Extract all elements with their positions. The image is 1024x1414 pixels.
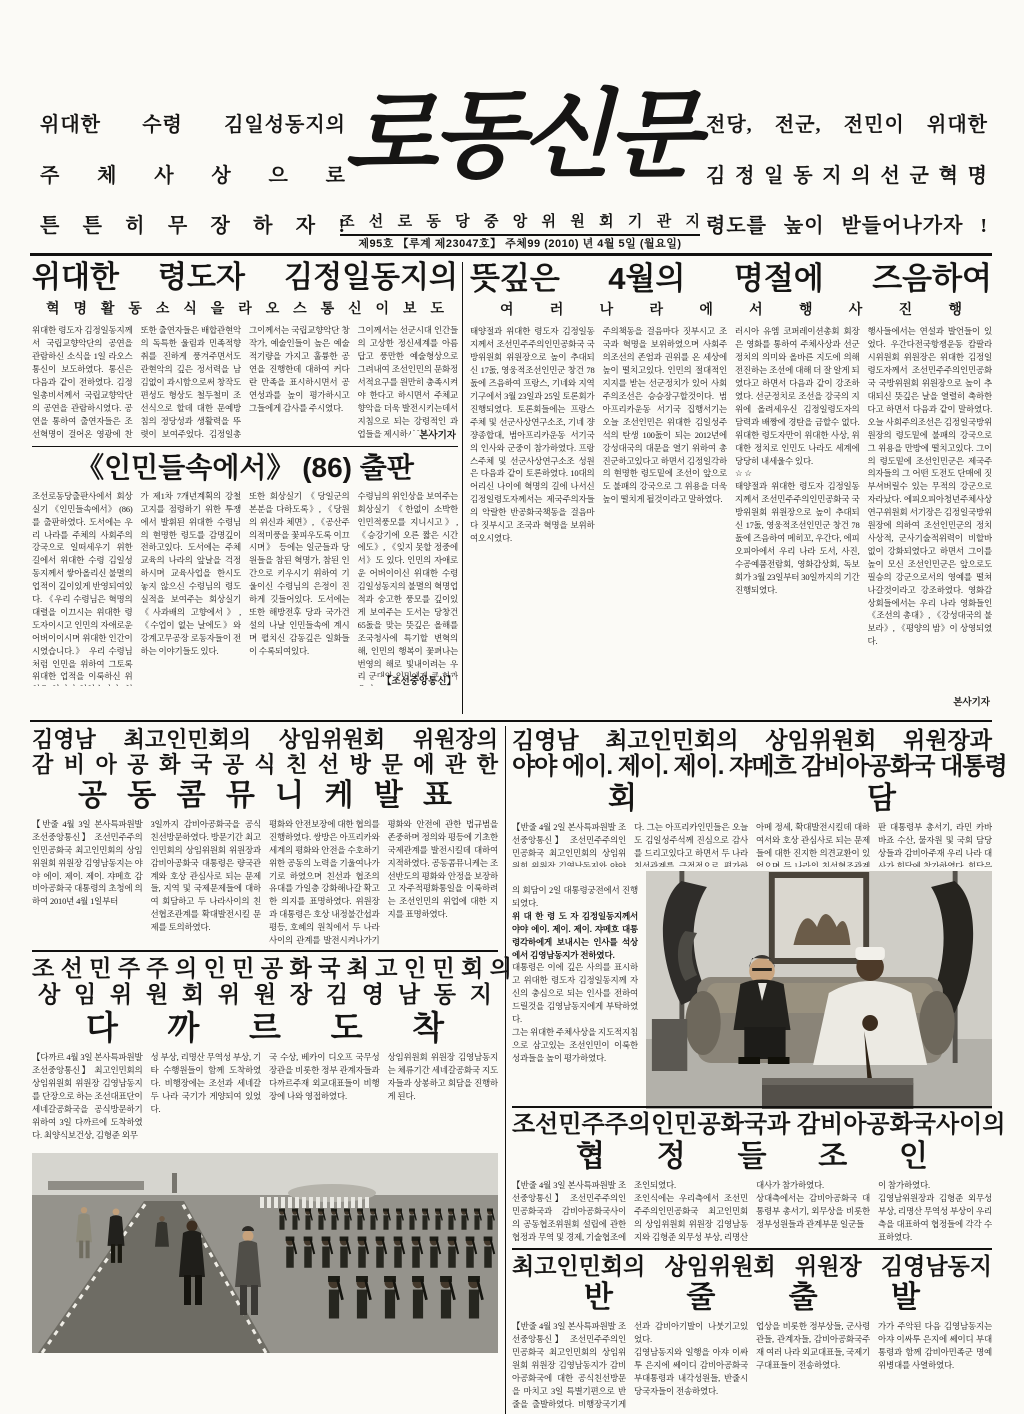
body-column: 【반줄 4월 2일 본사특파원발 조선중앙통신】 조선민주주의인민공화국 최고인…	[512, 821, 626, 867]
article-headline: 조 선 민 주 주 의 인 민 공 화 국 최 고 인 민 회 의	[32, 956, 498, 981]
body-column: 조선로동당출판사에서 회상실기 《인민들속에서》 (86) 를 출판하였다. 도…	[32, 490, 133, 686]
article-headline: 《인민들속에서》 (86) 출판	[32, 453, 458, 484]
article-headline: 김영남 최고인민회의 상임위원회 위원장의	[32, 728, 498, 752]
body-column: 그이께서는 국립교향악단 창작가, 예술인들이 높은 예술적기량을 가지고 훌륭…	[249, 324, 350, 440]
article-headline: 위대한 령도자 김정일동지의	[32, 262, 458, 294]
article-headline: 야야 에이. 제이. 제이. 쟈메흐 감비아공화국 대통령	[512, 754, 992, 780]
body-column: 또한 회상실기 《당일군의 본분을 다하도록》, 《당원의 위신과 체면》, 《…	[249, 490, 350, 686]
body-column: 이 참가하였다. 김영남위원장과 김형준 외무성 부상, 리명산 무역성 부상이…	[878, 1179, 992, 1241]
article-headline: 상 임 위 원 회 위 원 장 김 영 남 동 지	[32, 982, 498, 1007]
section-rule	[512, 1106, 992, 1108]
masthead-rule	[30, 253, 992, 256]
article-body: 태양절과 위대한 령도자 김정일동지께서 조선민주주의인민공화국 국방위원회 위…	[470, 325, 992, 707]
section-rule	[30, 720, 992, 722]
body-column: 3일까지 감비아공화국을 공식친선방문하였다. 방문기간 최고인민회의 상임위원…	[151, 818, 262, 948]
section-rule	[32, 950, 498, 952]
article-headline: 감 비 아 공 화 국 공 식 친 선 방 문 에 관 한	[32, 753, 498, 777]
body-column: 【반줄 4월 3일 본사특파원발 조선중앙통신】 조선민주주의인민공화국 최고인…	[32, 818, 143, 948]
article-headline: 공 동 콤 뮤 니 케 발 표	[32, 780, 498, 812]
body-column: 그이께서는 선군시대 인간들의 고상한 정신세계를 아름답고 풍만한 예술형상으…	[358, 324, 459, 440]
column-divider	[505, 726, 506, 1414]
article-inmin: 《인민들속에서》 (86) 출판 조선로동당출판사에서 회상실기 《인민들속에서…	[32, 446, 458, 687]
body-column: 러시아 유엠 코퍼레이션총회 회장은 영화를 통하여 주체사상과 선군정치의 의…	[735, 325, 860, 707]
article-body: 【반줄 4월 3일 본사특파원발 조선중앙통신】 조선민주주의인민공화국 최고인…	[32, 818, 498, 948]
article-body: 위대한 령도자 김정일동지께서 국립교향악단의 공연을 관람하신 소식을 1일 …	[32, 324, 458, 440]
body-column: 【반줄 4월 3일 본사특파원발 조선중앙통신】 조선민주주의인민공화국 최고인…	[512, 1320, 626, 1410]
body-column: 또한 출연자들은 배합관현악의 독특한 울림과 민족적향취를 진하게 풍겨주면서…	[141, 324, 242, 440]
article-body: 【반줄 4월 3일 본사특파원발 조선중앙통신】 조선민주주의인민공화국과 감비…	[512, 1179, 992, 1241]
byline: 본사기자	[32, 427, 458, 441]
slogan-line: 령도를 높이 받들어나가자 !	[706, 209, 988, 238]
newspaper-title: 로동신문	[336, 86, 704, 184]
body-column: 의 회담이 2일 대통령궁전에서 진행되였다. 위 대 한 령 도 자 김정일동…	[512, 871, 638, 1107]
body-column: 태양절과 위대한 령도자 김정일동지께서 조선민주주의인민공화국 국방위원회 위…	[470, 325, 595, 707]
body-column: 주의책동을 걸음마다 짓부시고 조국과 혁명을 보위하였으며 사회주의조선의 존…	[603, 325, 728, 707]
body-column: 선과 감비아기발이 나붓기고있었다. 김영남동지와 일행을 아쟈 이싸투 은지에…	[634, 1320, 748, 1410]
article-banjul: 최고인민회의 상임위원회 위원장 김영남동지 반 줄 출 발 【반줄 4월 3일…	[512, 1254, 992, 1410]
body-column: 평화와 안전보장에 대한 협의를 진행하였다. 쌍방은 아프리카와 세계의 평화…	[269, 818, 380, 948]
body-column: 아메 정세, 확대발전시킬데 대하여서와 호상 관심사로 되는 문제들에 대한 …	[756, 821, 870, 867]
body-column: 평화와 안전에 관한 법규범을 존중하며 정의와 평등에 기초한 국제관계를 발…	[388, 818, 499, 948]
body-column: 【다까르 4월 3일 본사특파원발 조선중앙통신】 최고인민회의 상임위원회 위…	[32, 1051, 143, 1145]
slogan-line: 위대한 수령 김일성동지의	[40, 108, 346, 137]
masthead-right-slogan: 전당, 전군, 전민이 위대한 김 정 일 동 지 의 선 군 혁 명 령도를 …	[706, 108, 988, 238]
talks-side-column: 의 회담이 2일 대통령궁전에서 진행되였다. 위 대 한 령 도 자 김정일동…	[512, 871, 638, 1109]
article-body: 【다까르 4월 3일 본사특파원발 조선중앙통신】 최고인민회의 상임위원회 위…	[32, 1051, 498, 1145]
article-subhead: 혁 명 활 동 소 식 을 라 오 스 통 신 이 보 도	[32, 298, 458, 318]
article-headline: 뜻깊은 4월의 명절에 즈음하여	[470, 262, 992, 295]
body-column: 다. 그는 아프리카인민들은 오늘도 김일성주석께 진심으로 감사를 드리고있다…	[634, 821, 748, 867]
side-rest: 대통령은 이에 깊은 사의를 표시하고 위대한 령도자 김정일동지께 자신의 충…	[512, 962, 638, 1062]
article-headline: 협 정 들 조 인	[512, 1141, 992, 1173]
article-laos: 위대한 령도자 김정일동지의 혁 명 활 동 소 식 을 라 오 스 통 신 이…	[32, 262, 458, 441]
article-april: 뜻깊은 4월의 명절에 즈음하여 여 러 나 라 에 서 행 사 진 행 태양절…	[470, 262, 992, 708]
article-headline: 다 까 르 도 착	[32, 1010, 498, 1046]
body-column: 【반줄 4월 3일 본사특파원발 조선중앙통신】 조선민주주의인민공화국과 감비…	[512, 1179, 626, 1241]
slogan-line: 전당, 전군, 전민이 위대한	[706, 108, 988, 137]
slogan-line: 김 정 일 동 지 의 선 군 혁 명	[706, 159, 988, 188]
article-communique: 김영남 최고인민회의 상임위원회 위원장의 감 비 아 공 화 국 공 식 친 …	[32, 728, 498, 948]
article-agreements: 조선민주주의인민공화국과 감비아공화국사이의 협 정 들 조 인 【반줄 4월 …	[512, 1112, 992, 1241]
masthead-left-slogan: 위대한 수령 김일성동지의 주 체 사 상 으 로 튼 튼 히 무 장 하 자 …	[40, 108, 346, 238]
body-column: 수령님의 위인상을 보여주는 회상실기 《한없이 소박한 인민적풍모를 지니시고…	[358, 490, 459, 686]
byline: 【조선중앙통신】	[32, 673, 458, 687]
column-divider	[462, 262, 463, 714]
article-body: 【반줄 4월 2일 본사특파원발 조선중앙통신】 조선민주주의인민공화국 최고인…	[512, 821, 992, 867]
article-body: 조선로동당출판사에서 회상실기 《인민들속에서》 (86) 를 출판하였다. 도…	[32, 490, 458, 686]
article-headline: 회 담	[512, 783, 992, 815]
talks-photo-row: 의 회담이 2일 대통령궁전에서 진행되였다. 위 대 한 령 도 자 김정일동…	[512, 871, 992, 1109]
article-headline: 조선민주주의인민공화국과 감비아공화국사이의	[512, 1112, 992, 1138]
slogan-line: 주 체 사 상 으 로	[40, 159, 346, 188]
body-column: 대사가 참가하였다. 상대측에서는 감비아공화국 대통령부 총서기, 외무상을 …	[756, 1179, 870, 1241]
body-column: 조인되였다. 조인식에는 우리측에서 조선민주주의인민공화국 최고인민회의 상임…	[634, 1179, 748, 1241]
section-rule	[512, 1248, 992, 1250]
arrival-photo	[32, 1153, 498, 1353]
article-dakar: 조 선 민 주 주 의 인 민 공 화 국 최 고 인 민 회 의 상 임 위 …	[32, 956, 498, 1353]
article-body: 【반줄 4월 3일 본사특파원발 조선중앙통신】 조선민주주의인민공화국 최고인…	[512, 1320, 992, 1410]
article-headline: 반 줄 출 발	[512, 1282, 992, 1314]
newspaper-page: 위대한 수령 김일성동지의 주 체 사 상 으 로 튼 튼 히 무 장 하 자 …	[0, 0, 1024, 1414]
slogan-line: 튼 튼 히 무 장 하 자 !	[40, 209, 346, 238]
byline: 본사기자	[470, 694, 992, 708]
side-intro: 의 회담이 2일 대통령궁전에서 진행되였다.	[512, 885, 638, 908]
article-headline: 김영남 최고인민회의 상임위원회 위원장과	[512, 728, 992, 753]
talks-photo	[646, 871, 992, 1109]
article-headline: 최고인민회의 상임위원회 위원장 김영남동지	[512, 1254, 992, 1279]
body-column: 판 대통령부 총서기, 라민 카바 바죠 수산, 물자원 및 국회 담당상들과 …	[878, 821, 992, 867]
issue-line: 제95호 【루계 제23047호】 주체99 (2010) 년 4월 5일 (월…	[330, 231, 710, 251]
article-talks: 김영남 최고인민회의 상임위원회 위원장과 야야 에이. 제이. 제이. 쟈메흐…	[512, 728, 992, 1109]
body-column: 상임위원회 위원장 김영남동지는 체류기간 세네갈공화국 지도자들과 상봉하고 …	[388, 1051, 499, 1145]
body-column: 가 제1차 7개년계획의 강철고지를 점령하기 위한 투쟁에서 발휘된 위대한 …	[141, 490, 242, 686]
article-subhead: 여 러 나 라 에 서 행 사 진 행	[470, 299, 992, 319]
body-column: 성 부상, 리명산 무역성 부상, 기타 수행원들이 함께 도착하였다. 비행장…	[151, 1051, 262, 1145]
side-bold: 위 대 한 령 도 자 김정일동지께서 야야 에이. 제이. 제이. 쟈메흐 대…	[512, 911, 638, 960]
body-column: 위대한 령도자 김정일동지께서 국립교향악단의 공연을 관람하신 소식을 1일 …	[32, 324, 133, 440]
body-column: 국 수상, 베카이 디오프 국무성 장관을 비롯한 정부 관계자들과 다까르주재…	[269, 1051, 380, 1145]
body-column: 행사들에서는 연설과 발언들이 있었다. 우간다전국항쟁운동 캄팔라시위원회 위…	[868, 325, 993, 707]
body-column: 가가 주악된 다음 김영남동지는 아쟈 이싸투 은지에 쎄이디 부대통령과 함께…	[878, 1320, 992, 1410]
body-column: 업상을 비롯한 정부상들, 군사령관들, 관계자들, 감비아공화국주재 여러 나…	[756, 1320, 870, 1410]
